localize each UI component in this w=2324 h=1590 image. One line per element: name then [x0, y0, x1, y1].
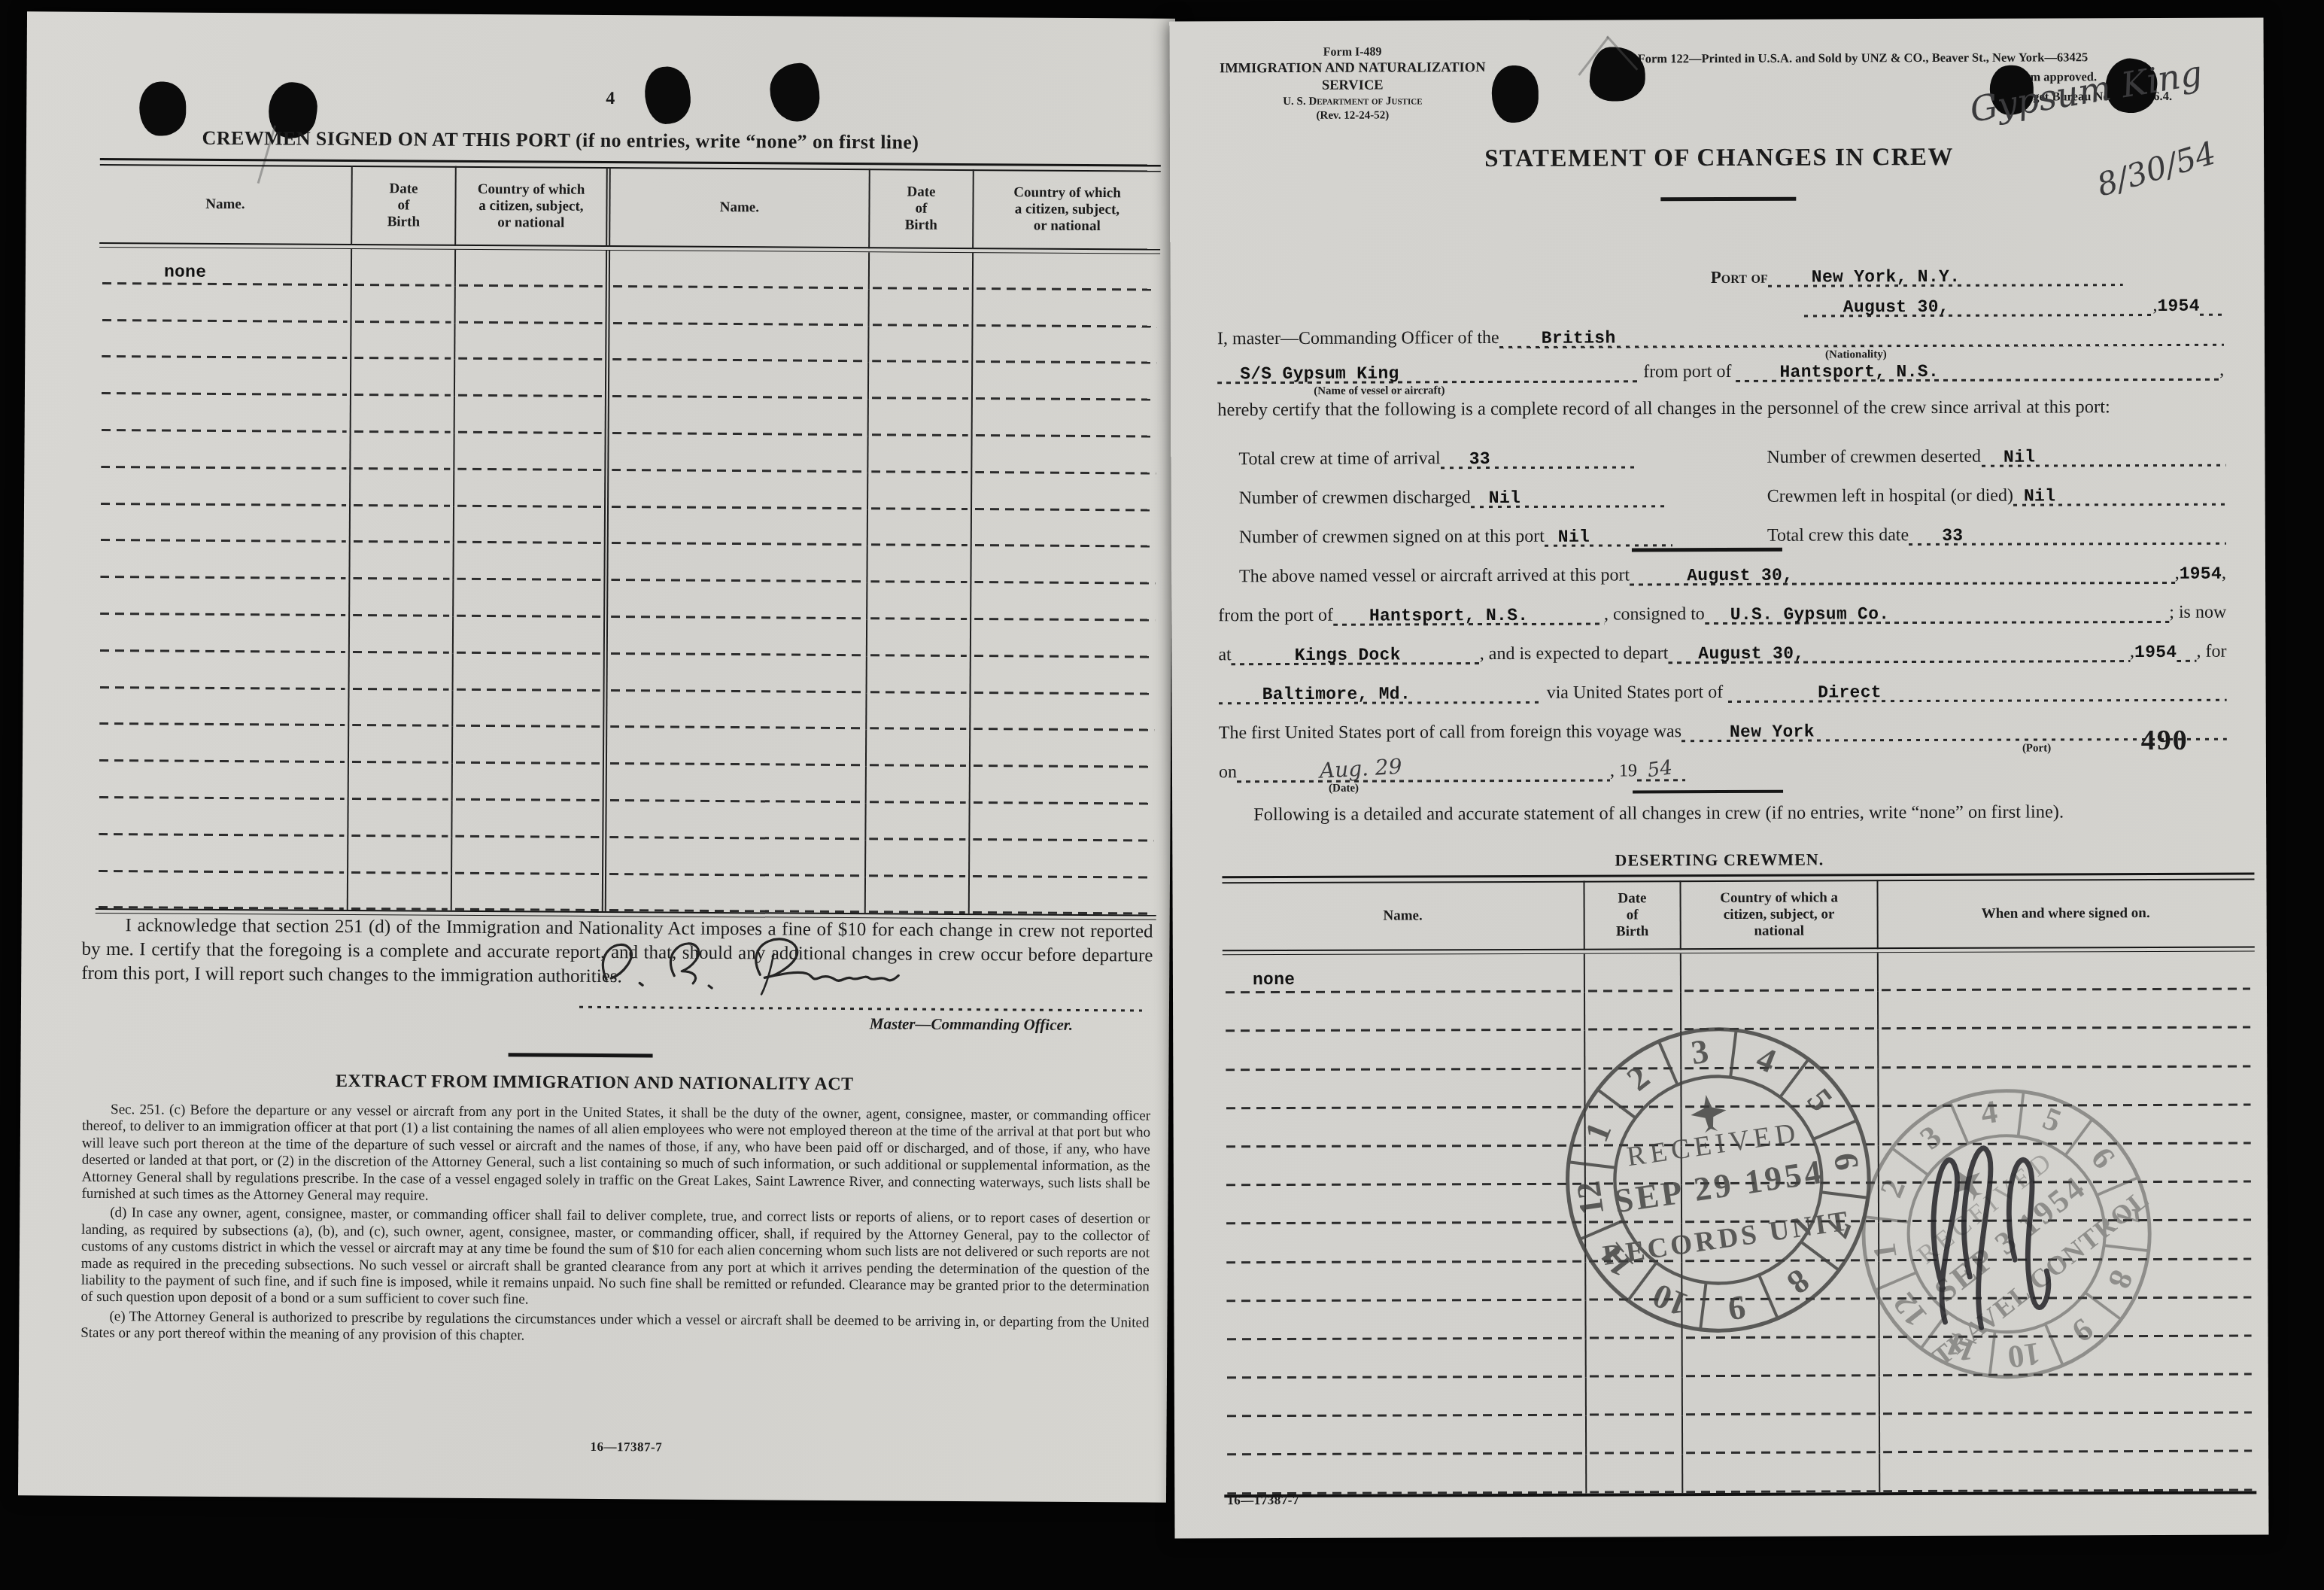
dial-number: 9	[2065, 1311, 2100, 1348]
hole-punch	[643, 65, 693, 126]
first-port-value: New York	[1681, 723, 1815, 743]
stat-hospital: Crewmen left in hospital (or died) Nil	[1767, 480, 2226, 507]
stat-value: Nil	[1545, 528, 1590, 548]
from-port-line: from the port of Hantsport, N.S. , consi…	[1218, 597, 2226, 627]
first-port-label: The first United States port of call fro…	[1219, 722, 1681, 743]
none-entry: none	[99, 262, 207, 282]
agency-name: IMMIGRATION AND NATURALIZATION SERVICE	[1191, 59, 1514, 96]
extract-paragraph-d: (d) In case any owner, agent, consignee,…	[81, 1205, 1150, 1312]
certify-text: hereby certify that the following is a c…	[1217, 394, 2224, 423]
dock-value: Kings Dock	[1232, 646, 1401, 667]
col-header-dob-2: Date of Birth	[868, 169, 973, 249]
table-row	[1224, 1452, 2256, 1494]
stat-total-arrival: Total crew at time of arrival 33	[1217, 442, 1767, 470]
table-row	[96, 725, 1157, 768]
master-label: I, master—Commanding Officer of the	[1217, 328, 1499, 349]
signed-on-date-line: on Aug. 29 , 19 54	[1219, 755, 1685, 783]
via-port-value: Direct	[1727, 683, 1882, 703]
depart-year-value: 1954	[2134, 643, 2177, 663]
col-header-country: Country of which a citizen, subject, or …	[454, 166, 606, 247]
now-at-line: at Kings Dock , and is expected to depar…	[1218, 637, 2226, 666]
page-number: 4	[606, 89, 615, 109]
table-row	[98, 468, 1159, 511]
consignee-value: U.S. Gypsum Co.	[1705, 605, 1890, 625]
dial-number: 5	[2038, 1101, 2066, 1140]
dial-number: 4	[1751, 1039, 1782, 1081]
comma: ,	[2219, 360, 2224, 381]
initials-scrawl	[1911, 1141, 2070, 1390]
col-header-country: Country of which a citizen, subject, or …	[1679, 880, 1876, 950]
stat-value: Nil	[1471, 489, 1520, 509]
arrival-line: The above named vessel or aircraft arriv…	[1218, 558, 2226, 588]
crewmen-signed-on-table: Name. Date of Birth Country of which a c…	[96, 158, 1161, 920]
form-number-footer: 16—17387-7	[18, 1436, 1166, 1458]
port-caption: (Port)	[2022, 742, 2051, 755]
section-divider	[509, 1053, 653, 1057]
stat-value: Nil	[2013, 488, 2055, 507]
table-row	[99, 284, 1160, 327]
col-header-dob: Date of Birth	[351, 166, 455, 246]
extract-heading: EXTRACT FROM IMMIGRATION AND NATIONALITY…	[20, 1069, 1168, 1096]
dial-number: 8	[2101, 1265, 2140, 1293]
stat-deserted: Number of crewmen deserted Nil	[1767, 441, 2225, 468]
nationality-value: British	[1499, 330, 1616, 349]
destination-value: Baltimore, Md.	[1219, 686, 1411, 706]
origin-port-value: Hantsport, N.S.	[1736, 363, 1939, 383]
section-divider	[1633, 790, 1783, 794]
table-row	[96, 871, 1156, 914]
col-header-name: Name.	[1222, 881, 1583, 952]
dial-number: 1	[1578, 1117, 1619, 1147]
hole-punch	[1492, 65, 1539, 123]
table-row	[98, 431, 1159, 474]
handwritten-arrival-month: Aug. 29	[1236, 754, 1402, 787]
signature-role-label: Master—Commanding Officer.	[870, 1014, 1073, 1035]
stat-label: Number of crewmen deserted	[1767, 447, 1981, 468]
via-label: via United States port of	[1542, 683, 1728, 704]
first-port-line: The first United States port of call fro…	[1219, 715, 2227, 744]
dial-number: 3	[1689, 1032, 1711, 1072]
table-row	[97, 652, 1158, 695]
table-row	[99, 357, 1159, 400]
extract-body: Sec. 251. (c) Before the departure or an…	[81, 1102, 1150, 1351]
arrival-label: The above named vessel or aircraft arriv…	[1218, 566, 1630, 588]
dial-number: 2	[1620, 1058, 1657, 1098]
form-title: STATEMENT OF CHANGES IN CREW	[1215, 143, 2223, 175]
dial-number: 4	[1979, 1094, 2000, 1132]
dial-number: 8	[1780, 1262, 1817, 1302]
from-label: from the port of	[1218, 606, 1333, 626]
table-row-none: none	[99, 248, 1160, 290]
stat-total-date: Total crew this date 33	[1767, 519, 2226, 546]
date-line: August 30, , 1954	[1804, 290, 2225, 318]
stat-value: 33	[1909, 527, 1963, 546]
col-header-country-2: Country of which a citizen, subject, or …	[972, 169, 1161, 251]
col-header-name: Name.	[99, 164, 351, 245]
sequence-number: 490	[2141, 724, 2189, 757]
table-row	[99, 321, 1159, 364]
form-number-footer: 16—17387-7	[1227, 1493, 1299, 1508]
section-divider	[1632, 548, 1782, 552]
date-value: August 30,	[1804, 298, 1949, 318]
stat-value: 33	[1441, 450, 1490, 470]
dial-number: 9	[1726, 1288, 1748, 1328]
hole-punch	[770, 62, 819, 121]
ink-blot	[1590, 47, 1645, 101]
dial-number: 2	[1873, 1175, 1912, 1202]
crew-stats: Total crew at time of arrival 33 Number …	[1217, 441, 2225, 549]
deserting-crewmen-heading: DESERTING CREWMEN.	[1172, 848, 2266, 871]
stat-value: Nil	[1981, 448, 2035, 468]
port-of-value: New York, N.Y.	[1768, 268, 1961, 288]
col-header-name-2: Name.	[606, 167, 869, 248]
table-row	[97, 615, 1158, 658]
arrival-date-value: August 30,	[1630, 567, 1793, 587]
vessel-name-caption: (Name of vessel or aircraft)	[1314, 385, 1445, 398]
table-header-row: Name. Date of Birth Country of which a c…	[1222, 880, 2254, 950]
form-id: Form I-489	[1191, 44, 1514, 61]
vessel-name-value: S/S Gypsum King	[1217, 365, 1399, 385]
document-scan: 4 CREWMEN SIGNED ON AT THIS PORT (if no …	[0, 0, 2324, 1590]
table-row-none: none	[1223, 952, 2255, 994]
stat-label: Number of crewmen discharged	[1239, 488, 1471, 509]
printer-imprint: Form 122—Printed in U.S.A. and Sold by U…	[1638, 50, 2089, 66]
received-records-unit-stamp: 1 2 3 4 5 6 7 8 9 10 11 12 RECEIVED SEP …	[1555, 1017, 1882, 1343]
for-label: , for	[2196, 642, 2226, 662]
vessel-line: S/S Gypsum King from port of Hantsport, …	[1217, 355, 2224, 385]
right-page: Form I-489 IMMIGRATION AND NATURALIZATIO…	[1169, 17, 2268, 1538]
table-row	[99, 394, 1159, 437]
destination-line: Baltimore, Md. via United States port of…	[1219, 676, 2227, 705]
at-label: at	[1218, 645, 1231, 665]
arrival-year-value: 1954	[2180, 565, 2222, 585]
stat-label: Crewmen left in hospital (or died)	[1767, 486, 2013, 507]
consigned-label: , consigned to	[1604, 604, 1705, 625]
stat-signed-on: Number of crewmen signed on at this port…	[1218, 521, 1767, 549]
dial-number: 6	[2084, 1141, 2122, 1175]
stat-label: Number of crewmen signed on at this port	[1239, 527, 1545, 548]
table-row	[96, 762, 1157, 804]
stat-label: Total crew this date	[1767, 525, 1909, 546]
is-now-label: ; is now	[2169, 603, 2226, 623]
revision-date: (Rev. 12-24-52)	[1191, 108, 1514, 123]
department-name: U. S. Department of Justice	[1191, 94, 1514, 109]
on-label: on	[1219, 762, 1237, 783]
stat-label: Total crew at time of arrival	[1238, 448, 1440, 470]
table-header-row: Name. Date of Birth Country of which a c…	[99, 166, 1161, 249]
dial-number: 1	[1867, 1241, 1904, 1262]
port-of-label: Port of	[1711, 268, 1768, 287]
extract-paragraph-e: (e) The Attorney General is authorized t…	[81, 1309, 1149, 1348]
table-row	[97, 578, 1158, 621]
date-caption: (Date)	[1329, 783, 1359, 795]
depart-label: , and is expected to depart	[1480, 643, 1669, 664]
nineteen-label: , 19	[1610, 762, 1637, 782]
extract-paragraph-c: Sec. 251. (c) Before the departure or an…	[81, 1102, 1150, 1209]
from-port-value: Hantsport, N.S.	[1333, 607, 1529, 627]
table-row	[96, 689, 1157, 731]
table-row	[96, 835, 1156, 878]
depart-date-value: August 30,	[1668, 645, 1804, 664]
from-port-label: from port of	[1639, 362, 1736, 382]
agency-block: Form I-489 IMMIGRATION AND NATURALIZATIO…	[1191, 44, 1514, 123]
title-underline	[1660, 197, 1796, 201]
handwritten-arrival-year: 54	[1636, 757, 1674, 784]
none-entry: none	[1223, 970, 1296, 990]
year-value: 1954	[2157, 297, 2200, 317]
master-signature: C. S. Creaser	[548, 930, 902, 1011]
col-header-signed-on: When and where signed on.	[1876, 879, 2253, 950]
dial-number: 12	[1569, 1179, 1612, 1218]
col-header-dob: Date of Birth	[1583, 880, 1679, 950]
nationality-line: I, master—Commanding Officer of the Brit…	[1217, 321, 2224, 350]
table-row	[97, 541, 1158, 584]
port-of-line: Port of New York, N.Y.	[1711, 260, 2123, 287]
dial-number: 5	[1800, 1081, 1839, 1118]
table-row	[96, 798, 1156, 841]
stat-discharged: Number of crewmen discharged Nil	[1218, 482, 1767, 509]
left-page-title: CREWMEN SIGNED ON AT THIS PORT (if no en…	[94, 126, 1027, 155]
following-statement: Following is a detailed and accurate sta…	[1219, 801, 2225, 827]
left-page: 4 CREWMEN SIGNED ON AT THIS PORT (if no …	[18, 11, 1175, 1502]
table-row	[98, 505, 1159, 548]
table-row	[1224, 1414, 2256, 1456]
comma: ,	[2222, 564, 2226, 584]
